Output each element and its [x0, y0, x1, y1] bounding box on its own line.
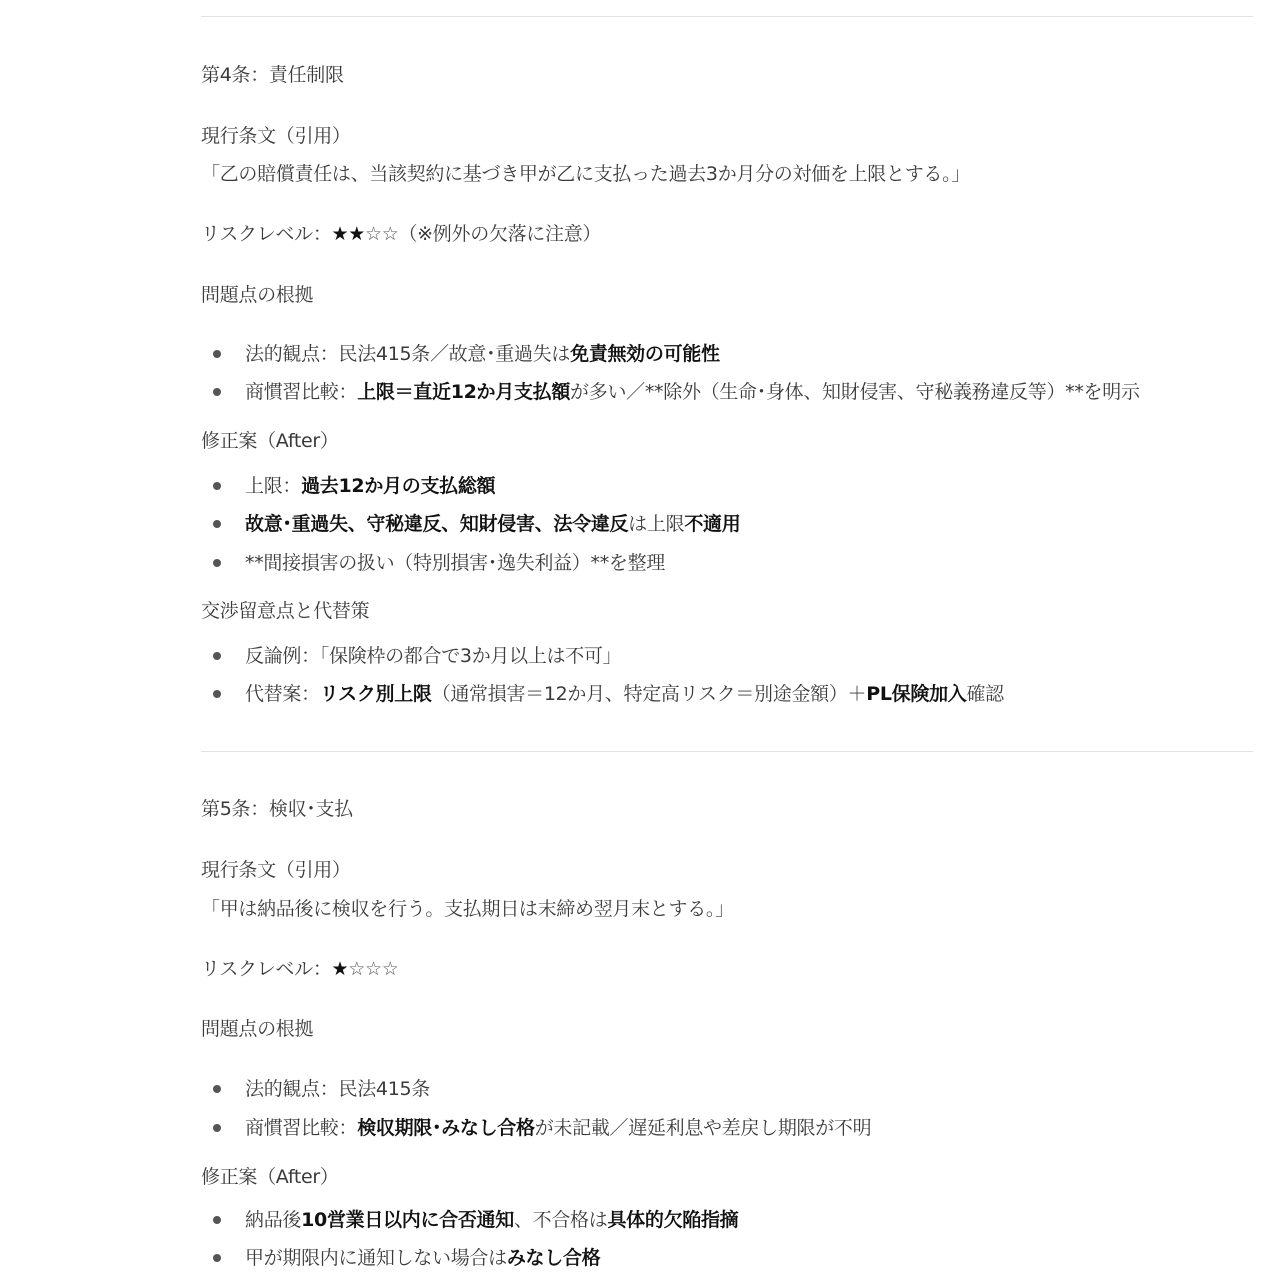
current-clause-text: 「乙の賠償責任は、当該契約に基づき甲が乙に支払った過去3か月分の対価を上限とする… — [201, 162, 970, 186]
list-item: 代替案：リスク別上限（通常損害＝12か月、特定高リスク＝別途金額）＋PL保険加入… — [245, 682, 1004, 706]
article-title: 第5条：検収･支払 — [201, 797, 353, 821]
star-empty-icon: ☆☆ — [365, 223, 398, 245]
list-item: 商慣習比較：検収期限･みなし合格が未記載／遅延利息や差戻し期限が不明 — [245, 1116, 871, 1140]
list-item: 上限：過去12か月の支払総額 — [245, 474, 495, 498]
risk-level: リスクレベル：★☆☆☆ — [201, 957, 398, 981]
list-item: 甲が期限内に通知しない場合はみなし合格 — [245, 1246, 600, 1270]
bullet-icon — [213, 559, 221, 567]
list-item: 納品後10営業日以内に合否通知、不合格は具体的欠陥指摘 — [245, 1208, 738, 1232]
issues-label: 問題点の根拠 — [201, 1017, 313, 1041]
revision-label: 修正案（After） — [201, 429, 339, 453]
list-item: **間接損害の扱い（特別損害･逸失利益）**を整理 — [245, 551, 665, 575]
bullet-icon — [213, 1216, 221, 1224]
star-filled-icon: ★★ — [332, 223, 365, 245]
negotiation-label: 交渉留意点と代替策 — [201, 599, 369, 623]
risk-note: （※例外の欠落に注意） — [398, 223, 601, 245]
revision-label: 修正案（After） — [201, 1165, 339, 1189]
list-item: 法的観点：民法415条 — [245, 1077, 430, 1101]
list-item: 法的観点：民法415条／故意･重過失は免責無効の可能性 — [245, 342, 720, 366]
bullet-icon — [213, 350, 221, 358]
bullet-icon — [213, 1085, 221, 1093]
bullet-icon — [213, 1124, 221, 1132]
bullet-icon — [213, 652, 221, 660]
bullet-icon — [213, 482, 221, 490]
list-item: 商慣習比較：上限＝直近12か月支払額が多い／**除外（生命･身体、知財侵害、守秘… — [245, 380, 1140, 404]
section-divider — [201, 16, 1253, 17]
bullet-icon — [213, 520, 221, 528]
current-clause-text: 「甲は納品後に検収を行う。支払期日は末締め翌月末とする。」 — [201, 897, 734, 921]
bullet-icon — [213, 690, 221, 698]
issues-label: 問題点の根拠 — [201, 283, 313, 307]
current-clause-label: 現行条文（引用） — [201, 858, 351, 882]
current-clause-label: 現行条文（引用） — [201, 124, 351, 148]
star-filled-icon: ★ — [332, 958, 349, 980]
list-item: 故意･重過失、守秘違反、知財侵害、法令違反は上限不適用 — [245, 512, 740, 536]
risk-label: リスクレベル： — [201, 958, 332, 980]
article-title: 第4条：責任制限 — [201, 63, 344, 87]
star-empty-icon: ☆☆☆ — [348, 958, 398, 980]
risk-label: リスクレベル： — [201, 223, 332, 245]
list-item: 反論例：「保険枠の都合で3か月以上は不可」 — [245, 644, 621, 668]
section-divider — [201, 751, 1253, 752]
bullet-icon — [213, 1254, 221, 1262]
risk-level: リスクレベル：★★☆☆（※例外の欠落に注意） — [201, 222, 601, 246]
bullet-icon — [213, 388, 221, 396]
